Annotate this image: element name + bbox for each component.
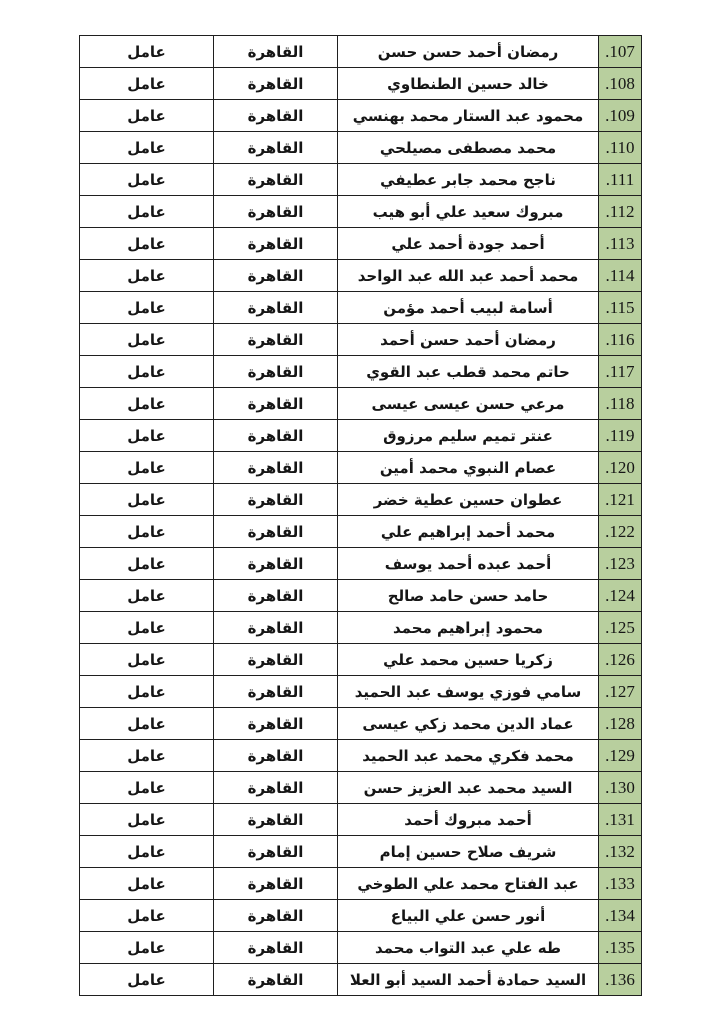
city-cell: القاهرة <box>214 100 338 132</box>
name-cell: السيد حمادة أحمد السيد أبو العلا <box>338 964 599 996</box>
job-cell: عامل <box>80 228 214 260</box>
city-cell: القاهرة <box>214 580 338 612</box>
table-row: 124.حامد حسن حامد صالحالقاهرةعامل <box>80 580 642 612</box>
city-cell: القاهرة <box>214 964 338 996</box>
job-cell: عامل <box>80 260 214 292</box>
city-cell: القاهرة <box>214 740 338 772</box>
name-cell: أحمد عبده أحمد يوسف <box>338 548 599 580</box>
city-cell: القاهرة <box>214 836 338 868</box>
city-cell: القاهرة <box>214 516 338 548</box>
city-cell: القاهرة <box>214 676 338 708</box>
rank-cell: 113. <box>599 228 642 260</box>
worker-roster-table: 107.رمضان أحمد حسن حسنالقاهرةعامل108.خال… <box>79 35 642 996</box>
rank-cell: 121. <box>599 484 642 516</box>
rank-cell: 108. <box>599 68 642 100</box>
city-cell: القاهرة <box>214 932 338 964</box>
city-cell: القاهرة <box>214 484 338 516</box>
name-cell: أسامة لبيب أحمد مؤمن <box>338 292 599 324</box>
city-cell: القاهرة <box>214 868 338 900</box>
job-cell: عامل <box>80 932 214 964</box>
city-cell: القاهرة <box>214 164 338 196</box>
rank-cell: 134. <box>599 900 642 932</box>
table-row: 114.محمد أحمد عبد الله عبد الواحدالقاهرة… <box>80 260 642 292</box>
job-cell: عامل <box>80 36 214 68</box>
job-cell: عامل <box>80 580 214 612</box>
name-cell: سامي فوزي يوسف عبد الحميد <box>338 676 599 708</box>
rank-cell: 116. <box>599 324 642 356</box>
table-row: 132.شريف صلاح حسين إمامالقاهرةعامل <box>80 836 642 868</box>
job-cell: عامل <box>80 644 214 676</box>
rank-cell: 115. <box>599 292 642 324</box>
city-cell: القاهرة <box>214 804 338 836</box>
name-cell: محمد أحمد إبراهيم علي <box>338 516 599 548</box>
rank-cell: 118. <box>599 388 642 420</box>
table-row: 130.السيد محمد عبد العزيز حسنالقاهرةعامل <box>80 772 642 804</box>
table-row: 131.أحمد مبروك أحمدالقاهرةعامل <box>80 804 642 836</box>
city-cell: القاهرة <box>214 324 338 356</box>
table-row: 116.رمضان أحمد حسن أحمدالقاهرةعامل <box>80 324 642 356</box>
city-cell: القاهرة <box>214 612 338 644</box>
city-cell: القاهرة <box>214 196 338 228</box>
rank-cell: 123. <box>599 548 642 580</box>
name-cell: مرعي حسن عيسى عيسى <box>338 388 599 420</box>
name-cell: حامد حسن حامد صالح <box>338 580 599 612</box>
table-row: 120.عصام النبوي محمد أمينالقاهرةعامل <box>80 452 642 484</box>
table-row: 121.عطوان حسين عطية خضرالقاهرةعامل <box>80 484 642 516</box>
rank-cell: 117. <box>599 356 642 388</box>
table-row: 115.أسامة لبيب أحمد مؤمنالقاهرةعامل <box>80 292 642 324</box>
rank-cell: 129. <box>599 740 642 772</box>
table-row: 133.عبد الفتاح محمد علي الطوخيالقاهرةعام… <box>80 868 642 900</box>
rank-cell: 126. <box>599 644 642 676</box>
name-cell: عبد الفتاح محمد علي الطوخي <box>338 868 599 900</box>
table-row: 117.حاتم محمد قطب عبد القويالقاهرةعامل <box>80 356 642 388</box>
table-row: 123.أحمد عبده أحمد يوسفالقاهرةعامل <box>80 548 642 580</box>
name-cell: محمد أحمد عبد الله عبد الواحد <box>338 260 599 292</box>
rank-cell: 119. <box>599 420 642 452</box>
rank-cell: 131. <box>599 804 642 836</box>
table-row: 135.طه علي عبد التواب محمدالقاهرةعامل <box>80 932 642 964</box>
job-cell: عامل <box>80 356 214 388</box>
rank-cell: 136. <box>599 964 642 996</box>
name-cell: رمضان أحمد حسن أحمد <box>338 324 599 356</box>
job-cell: عامل <box>80 900 214 932</box>
job-cell: عامل <box>80 68 214 100</box>
rank-cell: 111. <box>599 164 642 196</box>
city-cell: القاهرة <box>214 260 338 292</box>
table-row: 112.مبروك سعيد علي أبو هيبالقاهرةعامل <box>80 196 642 228</box>
table-row: 118.مرعي حسن عيسى عيسىالقاهرةعامل <box>80 388 642 420</box>
table-row: 110.محمد مصطفى مصيلحيالقاهرةعامل <box>80 132 642 164</box>
table-row: 127.سامي فوزي يوسف عبد الحميدالقاهرةعامل <box>80 676 642 708</box>
job-cell: عامل <box>80 100 214 132</box>
city-cell: القاهرة <box>214 132 338 164</box>
job-cell: عامل <box>80 740 214 772</box>
table-row: 136.السيد حمادة أحمد السيد أبو العلاالقا… <box>80 964 642 996</box>
document-page: 107.رمضان أحمد حسن حسنالقاهرةعامل108.خال… <box>0 0 724 1024</box>
name-cell: زكريا حسين محمد علي <box>338 644 599 676</box>
table-row: 125.محمود إبراهيم محمدالقاهرةعامل <box>80 612 642 644</box>
rank-cell: 128. <box>599 708 642 740</box>
rank-cell: 133. <box>599 868 642 900</box>
table-row: 107.رمضان أحمد حسن حسنالقاهرةعامل <box>80 36 642 68</box>
job-cell: عامل <box>80 196 214 228</box>
job-cell: عامل <box>80 964 214 996</box>
job-cell: عامل <box>80 836 214 868</box>
table-row: 128.عماد الدين محمد زكي عيسىالقاهرةعامل <box>80 708 642 740</box>
table-row: 108.خالد حسين الطنطاويالقاهرةعامل <box>80 68 642 100</box>
table-row: 134.أنور حسن علي البياعالقاهرةعامل <box>80 900 642 932</box>
city-cell: القاهرة <box>214 708 338 740</box>
name-cell: محمود عبد الستار محمد بهنسي <box>338 100 599 132</box>
job-cell: عامل <box>80 292 214 324</box>
name-cell: أنور حسن علي البياع <box>338 900 599 932</box>
name-cell: محمود إبراهيم محمد <box>338 612 599 644</box>
name-cell: أحمد مبروك أحمد <box>338 804 599 836</box>
rank-cell: 107. <box>599 36 642 68</box>
city-cell: القاهرة <box>214 548 338 580</box>
job-cell: عامل <box>80 516 214 548</box>
city-cell: القاهرة <box>214 772 338 804</box>
name-cell: عصام النبوي محمد أمين <box>338 452 599 484</box>
rank-cell: 124. <box>599 580 642 612</box>
city-cell: القاهرة <box>214 356 338 388</box>
job-cell: عامل <box>80 548 214 580</box>
city-cell: القاهرة <box>214 420 338 452</box>
rank-cell: 125. <box>599 612 642 644</box>
rank-cell: 127. <box>599 676 642 708</box>
job-cell: عامل <box>80 676 214 708</box>
city-cell: القاهرة <box>214 644 338 676</box>
city-cell: القاهرة <box>214 68 338 100</box>
table-row: 122.محمد أحمد إبراهيم عليالقاهرةعامل <box>80 516 642 548</box>
name-cell: رمضان أحمد حسن حسن <box>338 36 599 68</box>
job-cell: عامل <box>80 132 214 164</box>
name-cell: محمد فكري محمد عبد الحميد <box>338 740 599 772</box>
city-cell: القاهرة <box>214 292 338 324</box>
job-cell: عامل <box>80 708 214 740</box>
rank-cell: 112. <box>599 196 642 228</box>
roster-table-body: 107.رمضان أحمد حسن حسنالقاهرةعامل108.خال… <box>80 36 642 996</box>
rank-cell: 130. <box>599 772 642 804</box>
rank-cell: 122. <box>599 516 642 548</box>
job-cell: عامل <box>80 420 214 452</box>
city-cell: القاهرة <box>214 388 338 420</box>
job-cell: عامل <box>80 452 214 484</box>
rank-cell: 110. <box>599 132 642 164</box>
table-row: 113.أحمد جودة أحمد عليالقاهرةعامل <box>80 228 642 260</box>
job-cell: عامل <box>80 772 214 804</box>
job-cell: عامل <box>80 388 214 420</box>
name-cell: أحمد جودة أحمد علي <box>338 228 599 260</box>
name-cell: عطوان حسين عطية خضر <box>338 484 599 516</box>
rank-cell: 109. <box>599 100 642 132</box>
city-cell: القاهرة <box>214 452 338 484</box>
rank-cell: 132. <box>599 836 642 868</box>
table-row: 119.عنتر تميم سليم مرزوقالقاهرةعامل <box>80 420 642 452</box>
job-cell: عامل <box>80 868 214 900</box>
job-cell: عامل <box>80 324 214 356</box>
name-cell: حاتم محمد قطب عبد القوي <box>338 356 599 388</box>
name-cell: خالد حسين الطنطاوي <box>338 68 599 100</box>
name-cell: السيد محمد عبد العزيز حسن <box>338 772 599 804</box>
name-cell: ناجح محمد جابر عطيفي <box>338 164 599 196</box>
rank-cell: 114. <box>599 260 642 292</box>
table-row: 109.محمود عبد الستار محمد بهنسيالقاهرةعا… <box>80 100 642 132</box>
name-cell: طه علي عبد التواب محمد <box>338 932 599 964</box>
job-cell: عامل <box>80 164 214 196</box>
city-cell: القاهرة <box>214 228 338 260</box>
city-cell: القاهرة <box>214 900 338 932</box>
city-cell: القاهرة <box>214 36 338 68</box>
table-row: 126.زكريا حسين محمد عليالقاهرةعامل <box>80 644 642 676</box>
name-cell: مبروك سعيد علي أبو هيب <box>338 196 599 228</box>
name-cell: شريف صلاح حسين إمام <box>338 836 599 868</box>
table-row: 111.ناجح محمد جابر عطيفيالقاهرةعامل <box>80 164 642 196</box>
rank-cell: 135. <box>599 932 642 964</box>
table-row: 129.محمد فكري محمد عبد الحميدالقاهرةعامل <box>80 740 642 772</box>
job-cell: عامل <box>80 484 214 516</box>
name-cell: عماد الدين محمد زكي عيسى <box>338 708 599 740</box>
rank-cell: 120. <box>599 452 642 484</box>
name-cell: محمد مصطفى مصيلحي <box>338 132 599 164</box>
job-cell: عامل <box>80 804 214 836</box>
name-cell: عنتر تميم سليم مرزوق <box>338 420 599 452</box>
job-cell: عامل <box>80 612 214 644</box>
